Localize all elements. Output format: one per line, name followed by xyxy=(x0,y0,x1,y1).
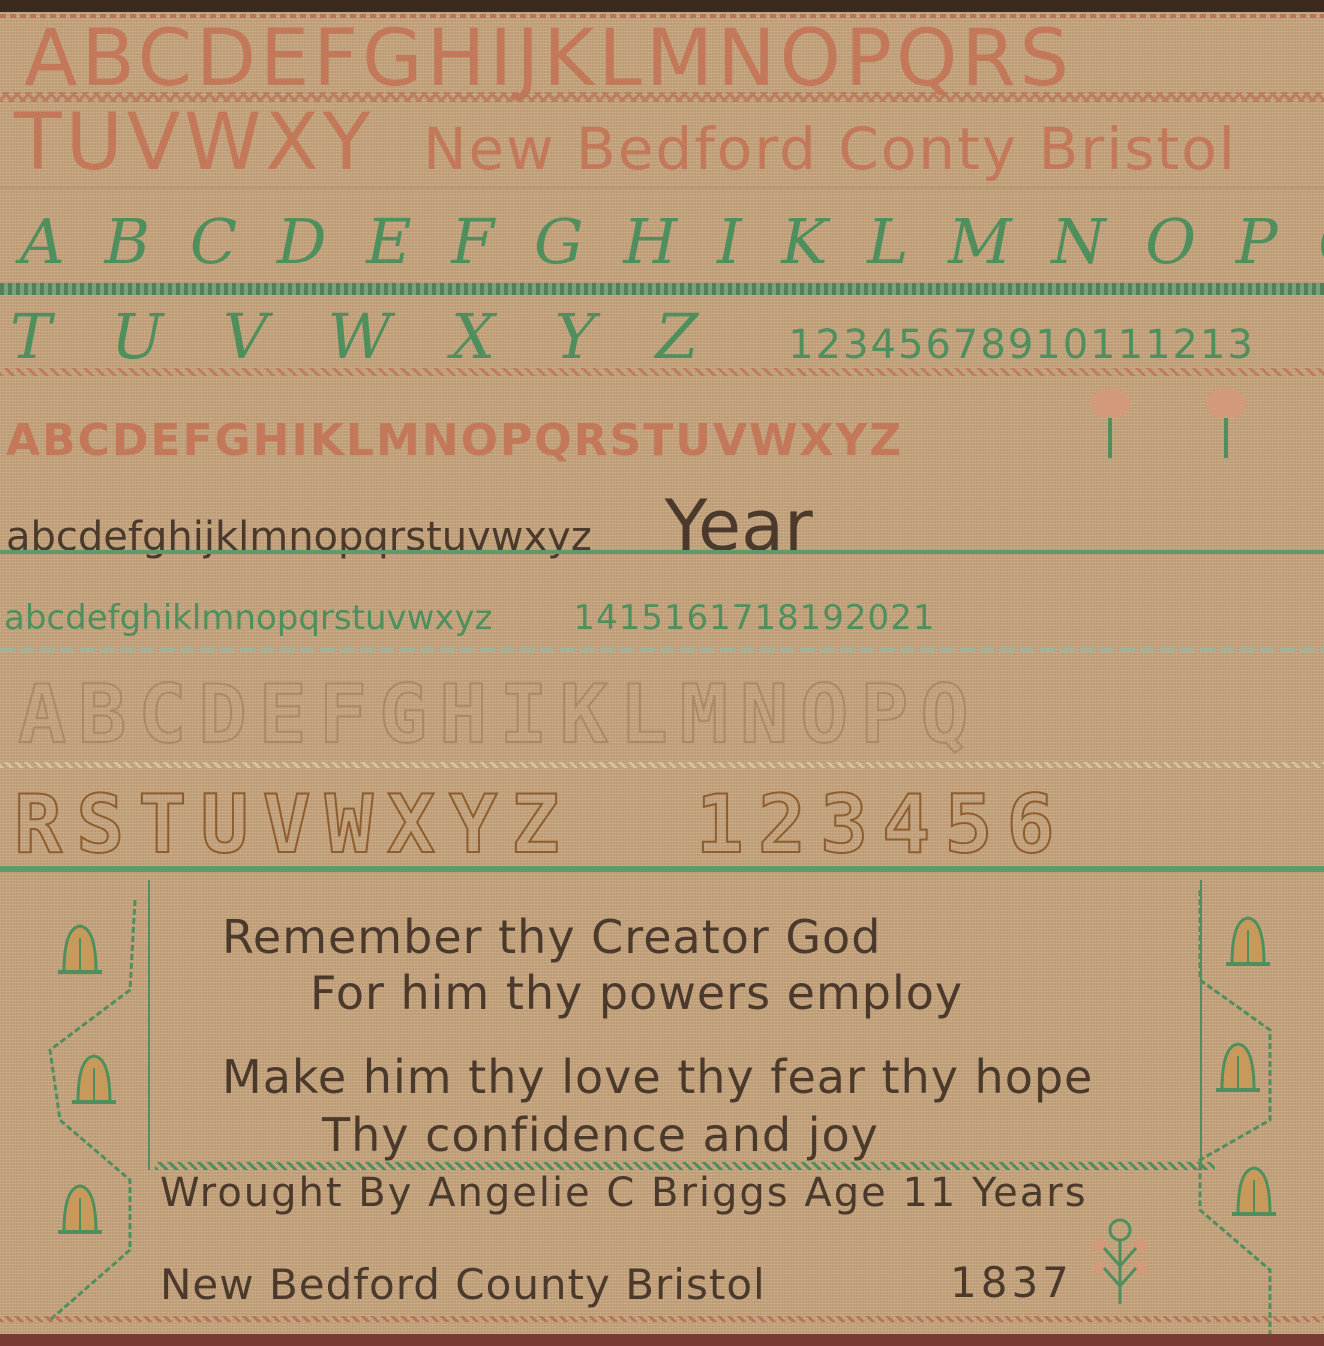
year-label: Year xyxy=(665,485,813,567)
row-upper-alphabet-2: TUVWXY New Bedford Conty Bristol xyxy=(14,98,1324,188)
green-line xyxy=(0,550,1324,554)
row2-place: New Bedford Conty Bristol xyxy=(423,115,1237,183)
row7-numbers: 1415161718192021 xyxy=(573,598,935,638)
row-eyelet-alphabet-2: RSTUVWXYZ 123456 xyxy=(14,778,1324,871)
sampler-cloth: ABCDEFGHIJKLMNOPQRS TUVWXY New Bedford C… xyxy=(0,0,1324,1346)
bottom-frame-edge xyxy=(0,1334,1324,1346)
row-upper-alphabet-1: ABCDEFGHIJKLMNOPQRS xyxy=(24,14,1324,104)
salmon-border xyxy=(0,368,1324,376)
row2-letters: TUVWXY xyxy=(14,98,374,188)
row4-numbers: 12345678910111213 xyxy=(788,322,1255,368)
row-eyelet-alphabet-1: ABCDEFGHIKLMNOPQ xyxy=(18,668,1324,761)
row-lower-alphabet-2: abcdefghiklmnopqrstuvwxyz 14151617181920… xyxy=(4,598,1324,638)
row9-numbers: 123456 xyxy=(696,778,1069,871)
row9-letters: RSTUVWXYZ xyxy=(14,778,573,871)
pale-border xyxy=(0,648,1324,652)
tulip-icon xyxy=(1090,388,1130,458)
tulip-icon xyxy=(1206,388,1246,458)
pale-zigzag xyxy=(0,762,1324,768)
row-script-alphabet-1: A B C D E F G H I K L M N O P Q R S xyxy=(20,205,1324,278)
row-lower-alphabet-1: abcdefghijklmnopqrstuvwxyz Year xyxy=(6,485,1324,567)
row-script-alphabet-2: T U V W X Y Z 12345678910111213 xyxy=(10,300,1324,373)
row7-lower: abcdefghiklmnopqrstuvwxyz xyxy=(4,598,493,638)
green-border xyxy=(0,283,1324,295)
flower-sprig-icon xyxy=(1090,1216,1150,1310)
top-frame-edge xyxy=(0,0,1324,12)
bottom-hem-stitch xyxy=(0,1316,1324,1322)
row4-letters: T U V W X Y Z xyxy=(10,300,719,373)
divider xyxy=(0,186,1324,190)
